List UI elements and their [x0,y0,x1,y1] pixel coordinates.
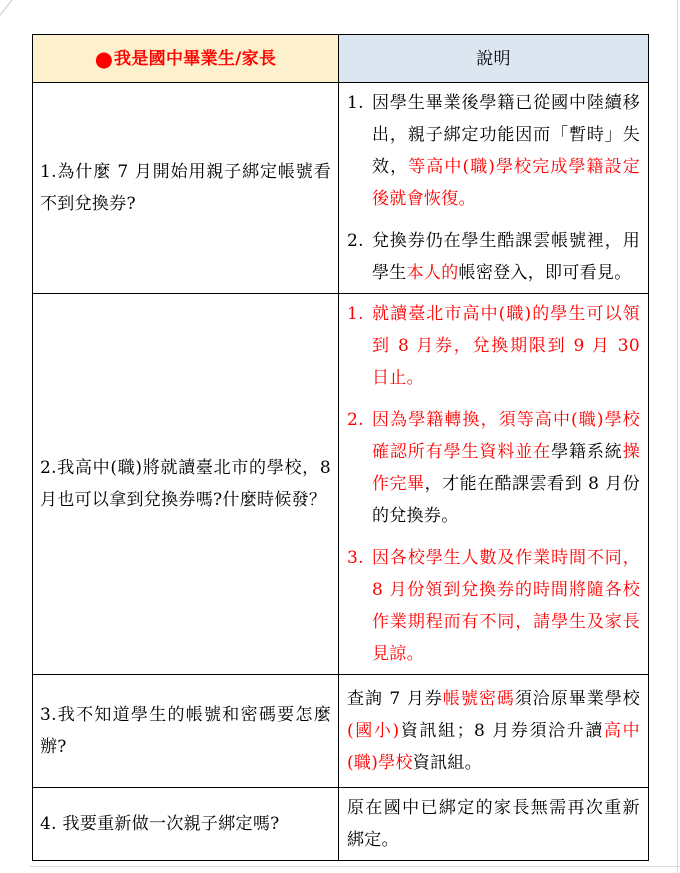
answer-number: 1. [347,87,364,119]
answer-item: 2.兌換券仍在學生酷課雲帳號裡，用學生本人的帳密登入，即可看見。 [347,225,640,289]
document-page: ●我是國中畢業生/家長 說明 1.為什麼 7 月開始用親子綁定帳號看不到兌換券?… [0,0,680,873]
answer-number: 2. [347,404,364,436]
answer-item: 1.就讀臺北市高中(職)的學生可以領到 8 月券，兌換期限到 9 月 30 日止… [347,298,640,394]
table-row-1: 1.為什麼 7 月開始用親子綁定帳號看不到兌換券? 1.因學生畢業後學籍已從國中… [33,83,649,294]
answer-number: 2. [347,225,364,257]
answer-cell-2: 1.就讀臺北市高中(職)的學生可以領到 8 月券，兌換期限到 9 月 30 日止… [339,294,649,675]
header-question-label: 我是國中畢業生/家長 [114,49,276,69]
text-segment: 本人的 [407,263,459,283]
header-question-cell: ●我是國中畢業生/家長 [33,35,339,83]
question-cell-1: 1.為什麼 7 月開始用親子綁定帳號看不到兌換券? [33,83,339,294]
answer-cell-3: 查詢 7 月券帳號密碼須洽原畢業學校(國小)資訊組；8 月券須洽升讀高中(職)學… [339,675,649,788]
answer-cell-4: 原在國中已綁定的家長無需再次重新綁定。 [339,788,649,861]
text-segment: (國小) [347,721,399,741]
question-text: 3.我不知道學生的帳號和密碼要怎麼辦? [40,699,331,763]
text-segment: 資訊組。 [413,753,482,773]
text-segment: 就讀臺北市高中(職)的學生可以領到 8 月券，兌換期限到 9 月 30 日止。 [372,304,640,388]
text-segment: 帳號密碼 [443,689,515,709]
text-segment: 帳密登入，即可看見。 [459,263,632,283]
text-segment: 等高中(職)學校完成學籍設定後就會恢復。 [372,157,640,209]
answer-item: 原在國中已綁定的家長無需再次重新綁定。 [347,792,640,856]
page-margin-line [30,866,680,867]
faq-table: ●我是國中畢業生/家長 說明 1.為什麼 7 月開始用親子綁定帳號看不到兌換券?… [32,34,649,861]
header-row: ●我是國中畢業生/家長 說明 [33,35,649,83]
text-segment: 學籍系統 [551,442,623,462]
question-cell-3: 3.我不知道學生的帳號和密碼要怎麼辦? [33,675,339,788]
question-cell-4: 4. 我要重新做一次親子綁定嗎? [33,788,339,861]
answer-item: 查詢 7 月券帳號密碼須洽原畢業學校(國小)資訊組；8 月券須洽升讀高中(職)學… [347,683,640,779]
table-row-2: 2.我高中(職)將就讀臺北市的學校，8 月也可以拿到兌換券嗎?什麼時候發？ 1.… [33,294,649,675]
header-description-label: 說明 [476,49,511,69]
question-text: 4. 我要重新做一次親子綁定嗎? [40,808,331,840]
answer-number: 3. [347,542,364,574]
answer-number: 1. [347,298,364,330]
page-edge-line [677,0,678,873]
header-description-cell: 說明 [339,35,649,83]
table-row-3: 3.我不知道學生的帳號和密碼要怎麼辦? 查詢 7 月券帳號密碼須洽原畢業學校(國… [33,675,649,788]
question-text: 2.我高中(職)將就讀臺北市的學校，8 月也可以拿到兌換券嗎?什麼時候發？ [40,452,331,516]
text-segment: 須洽原畢業學校 [515,689,640,709]
answer-cell-1: 1.因學生畢業後學籍已從國中陸續移出，親子綁定功能因而「暫時」失效，等高中(職)… [339,83,649,294]
page-corner-mark [0,0,13,16]
text-segment: 原在國中已綁定的家長無需再次重新綁定。 [347,798,640,850]
question-text: 1.為什麼 7 月開始用親子綁定帳號看不到兌換券? [40,156,331,220]
answer-item: 1.因學生畢業後學籍已從國中陸續移出，親子綁定功能因而「暫時」失效，等高中(職)… [347,87,640,215]
table-row-4: 4. 我要重新做一次親子綁定嗎? 原在國中已綁定的家長無需再次重新綁定。 [33,788,649,861]
question-cell-2: 2.我高中(職)將就讀臺北市的學校，8 月也可以拿到兌換券嗎?什麼時候發？ [33,294,339,675]
text-segment: 查詢 7 月券 [347,689,443,709]
text-segment: 因各校學生人數及作業時間不同，8 月份領到兌換券的時間將隨各校作業期程而有不同，… [372,548,640,664]
bullet-icon: ● [95,46,113,71]
answer-item: 2.因為學籍轉換，須等高中(職)學校確認所有學生資料並在學籍系統操作完畢，才能在… [347,404,640,532]
text-segment: 資訊組；8 月券須洽升讀 [399,721,604,741]
answer-item: 3.因各校學生人數及作業時間不同，8 月份領到兌換券的時間將隨各校作業期程而有不… [347,542,640,670]
